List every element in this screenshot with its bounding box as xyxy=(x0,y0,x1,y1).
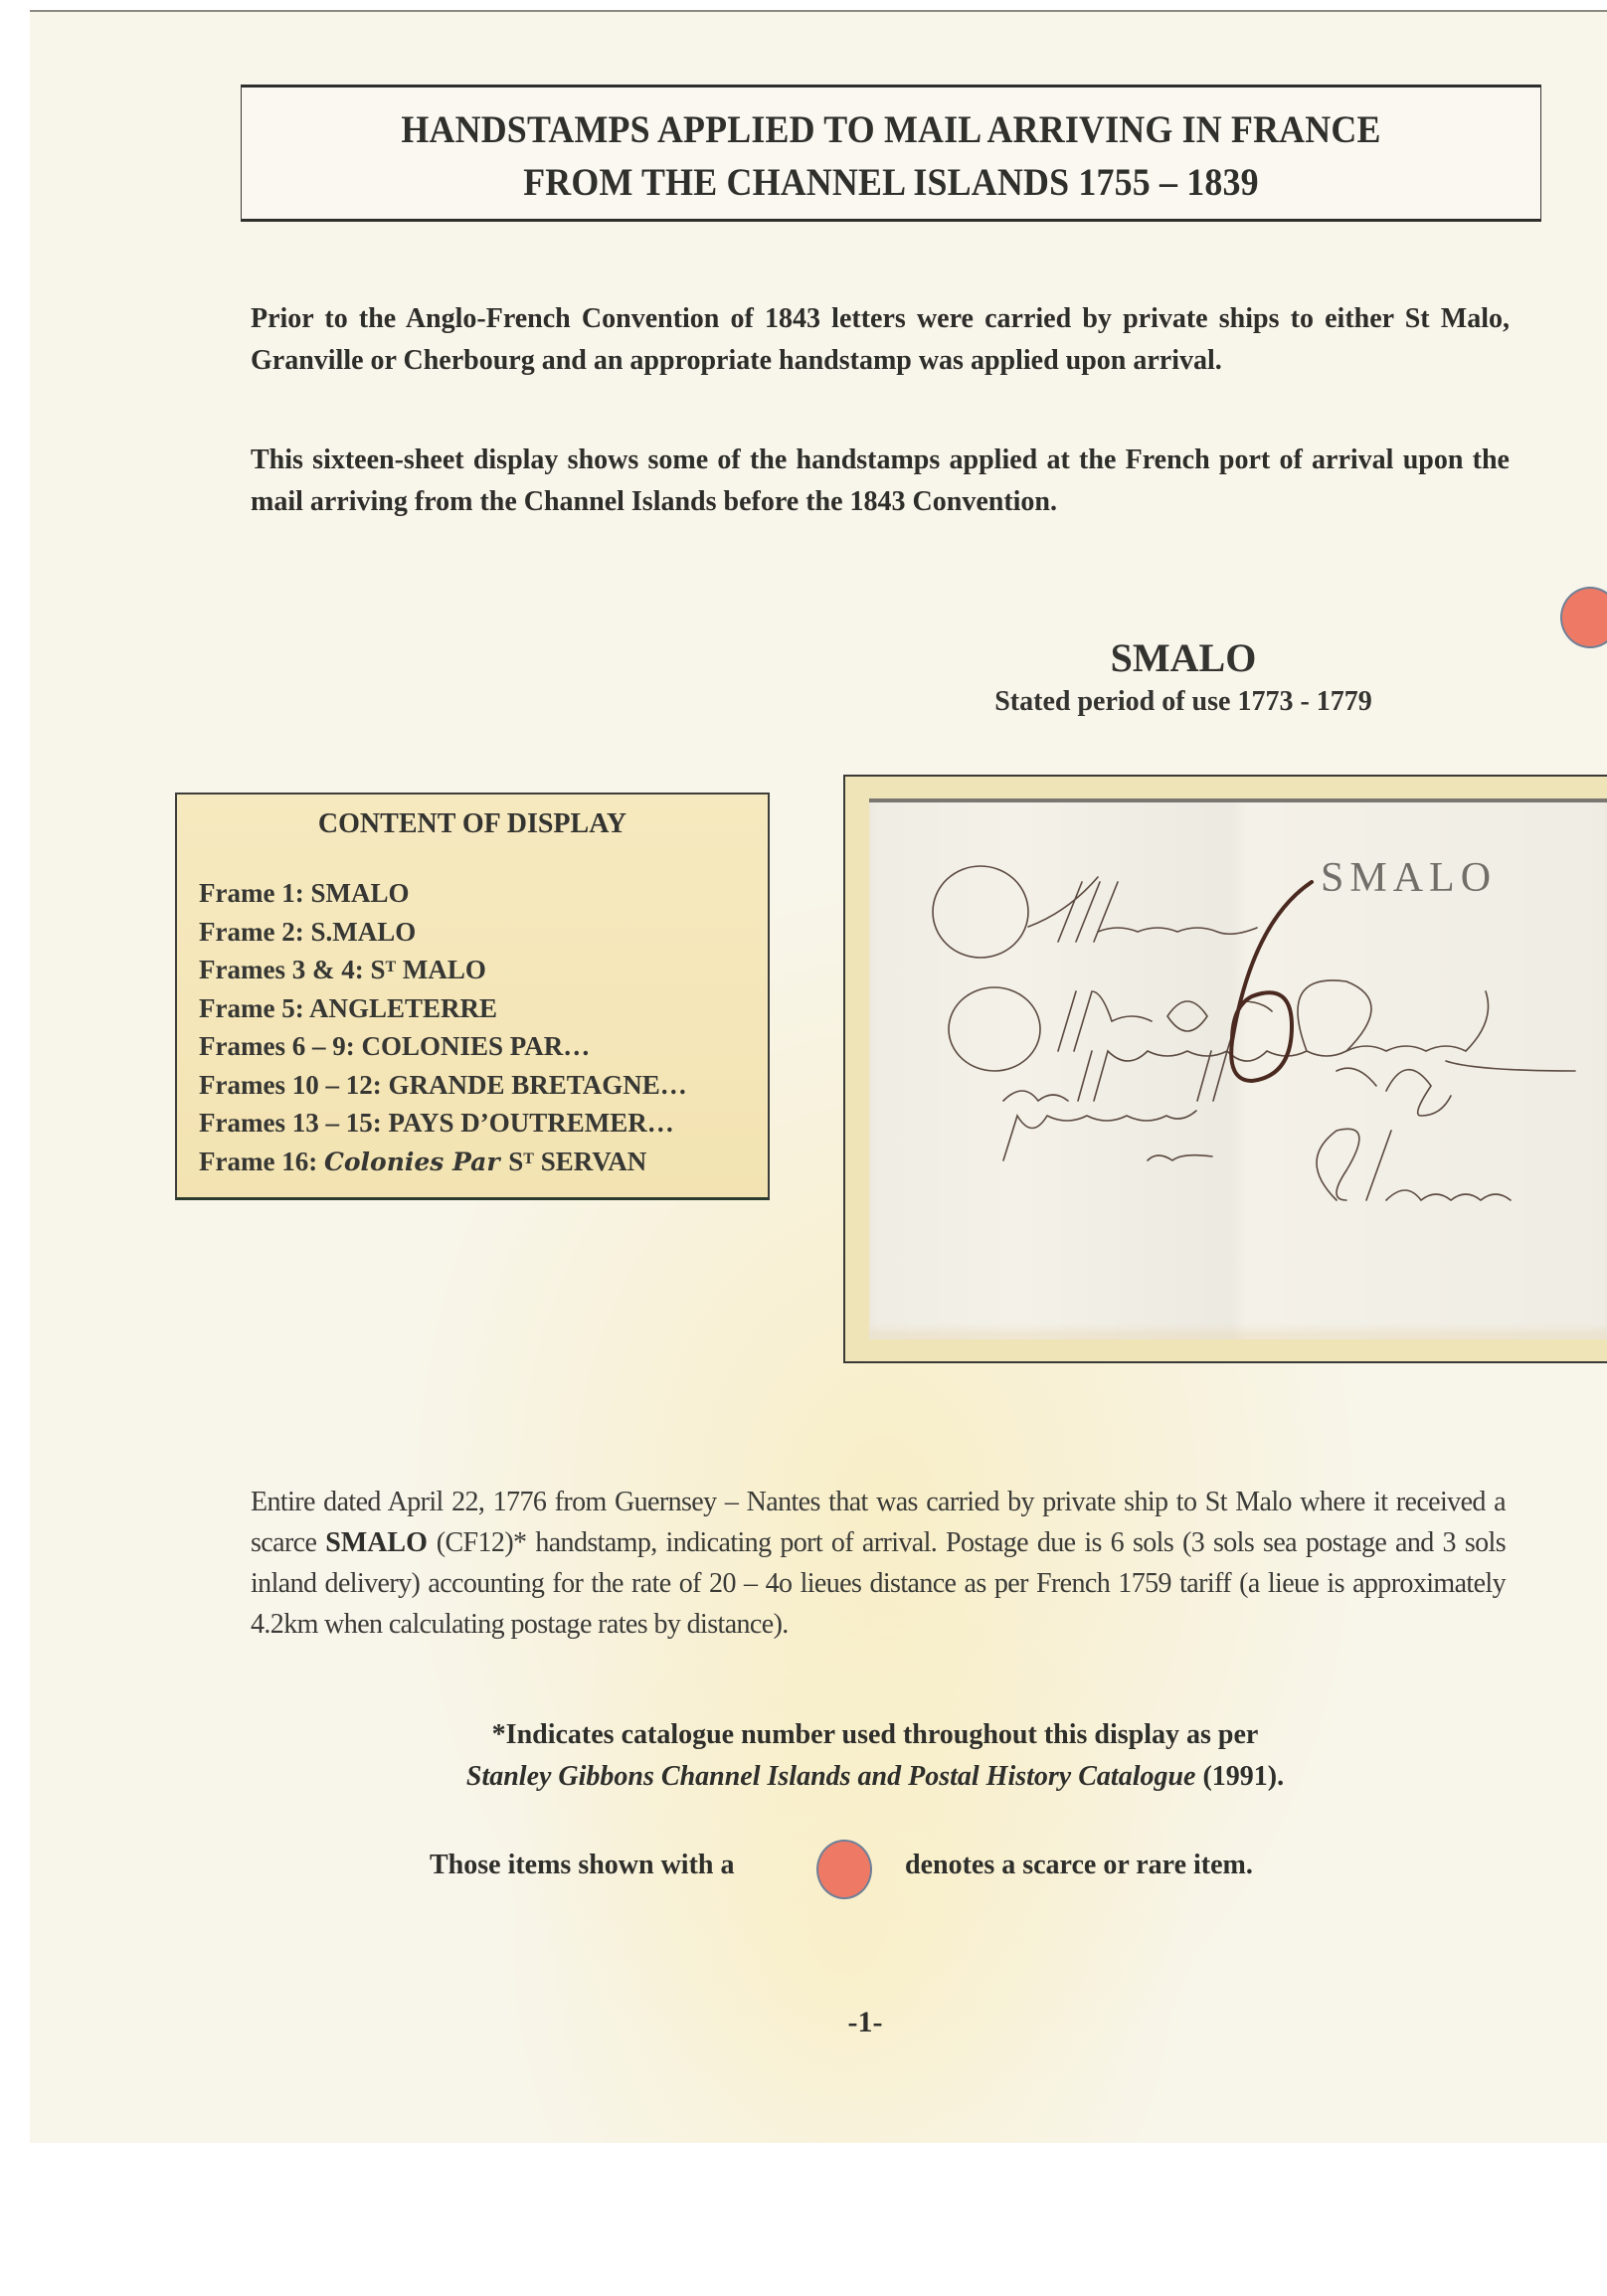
exhibit-sheet: HANDSTAMPS APPLIED TO MAIL ARRIVING IN F… xyxy=(30,10,1607,2143)
script-label: Colonies Par xyxy=(324,1148,508,1176)
intro-paragraph-1: Prior to the Anglo-French Convention of … xyxy=(251,298,1510,382)
title-line-1: HANDSTAMPS APPLIED TO MAIL ARRIVING IN F… xyxy=(293,103,1489,156)
contents-box: CONTENT OF DISPLAY Frame 1: SMALOFrame 2… xyxy=(175,793,770,1200)
cover-frame: SMALO xyxy=(843,775,1607,1363)
page-number: -1- xyxy=(805,2006,925,2039)
cover-image: SMALO xyxy=(869,798,1607,1339)
contents-title: CONTENT OF DISPLAY xyxy=(177,808,768,840)
contents-entry: Frames 13 – 15: PAYS D’OUTREMER… xyxy=(199,1104,687,1143)
footnote-line-2: Stanley Gibbons Channel Islands and Post… xyxy=(328,1756,1422,1798)
contents-entry: Frame 5: ANGLETERRE xyxy=(199,989,687,1028)
legend-text-after: denotes a scarce or rare item. xyxy=(905,1850,1253,1881)
title-box: HANDSTAMPS APPLIED TO MAIL ARRIVING IN F… xyxy=(241,85,1541,222)
rare-item-dot-icon xyxy=(1560,587,1607,648)
description-bold: SMALO xyxy=(325,1527,428,1558)
title-line-2: FROM THE CHANNEL ISLANDS 1755 – 1839 xyxy=(293,156,1489,209)
legend-rare-dot-icon xyxy=(816,1840,872,1899)
contents-entry: Frame 1: SMALO xyxy=(199,874,687,913)
contents-entry: Frames 3 & 4: ST MALO xyxy=(199,951,687,989)
catalogue-year: (1991). xyxy=(1195,1761,1284,1792)
intro-paragraph-2: This sixteen-sheet display shows some of… xyxy=(251,440,1510,523)
contents-entry: Frames 6 – 9: COLONIES PAR… xyxy=(199,1027,687,1066)
contents-entry: Frames 10 – 12: GRANDE BRETAGNE… xyxy=(199,1066,687,1105)
item-period: Stated period of use 1773 - 1779 xyxy=(925,686,1442,718)
item-description: Entire dated April 22, 1776 from Guernse… xyxy=(251,1482,1506,1645)
contents-list: Frame 1: SMALOFrame 2: S.MALOFrames 3 & … xyxy=(199,874,687,1181)
item-heading: SMALO xyxy=(925,634,1442,681)
cover-handstamp: SMALO xyxy=(1321,854,1497,902)
contents-entry: Frame 16: Colonies Par ST SERVAN xyxy=(199,1143,687,1182)
legend-text-before: Those items shown with a xyxy=(430,1850,734,1881)
description-text-tail: (CF12)* handstamp, indicating port of ar… xyxy=(251,1527,1506,1640)
catalogue-title: Stanley Gibbons Channel Islands and Post… xyxy=(466,1761,1196,1792)
footnote-line-1: *Indicates catalogue number used through… xyxy=(328,1714,1422,1756)
contents-entry: Frame 2: S.MALO xyxy=(199,913,687,952)
